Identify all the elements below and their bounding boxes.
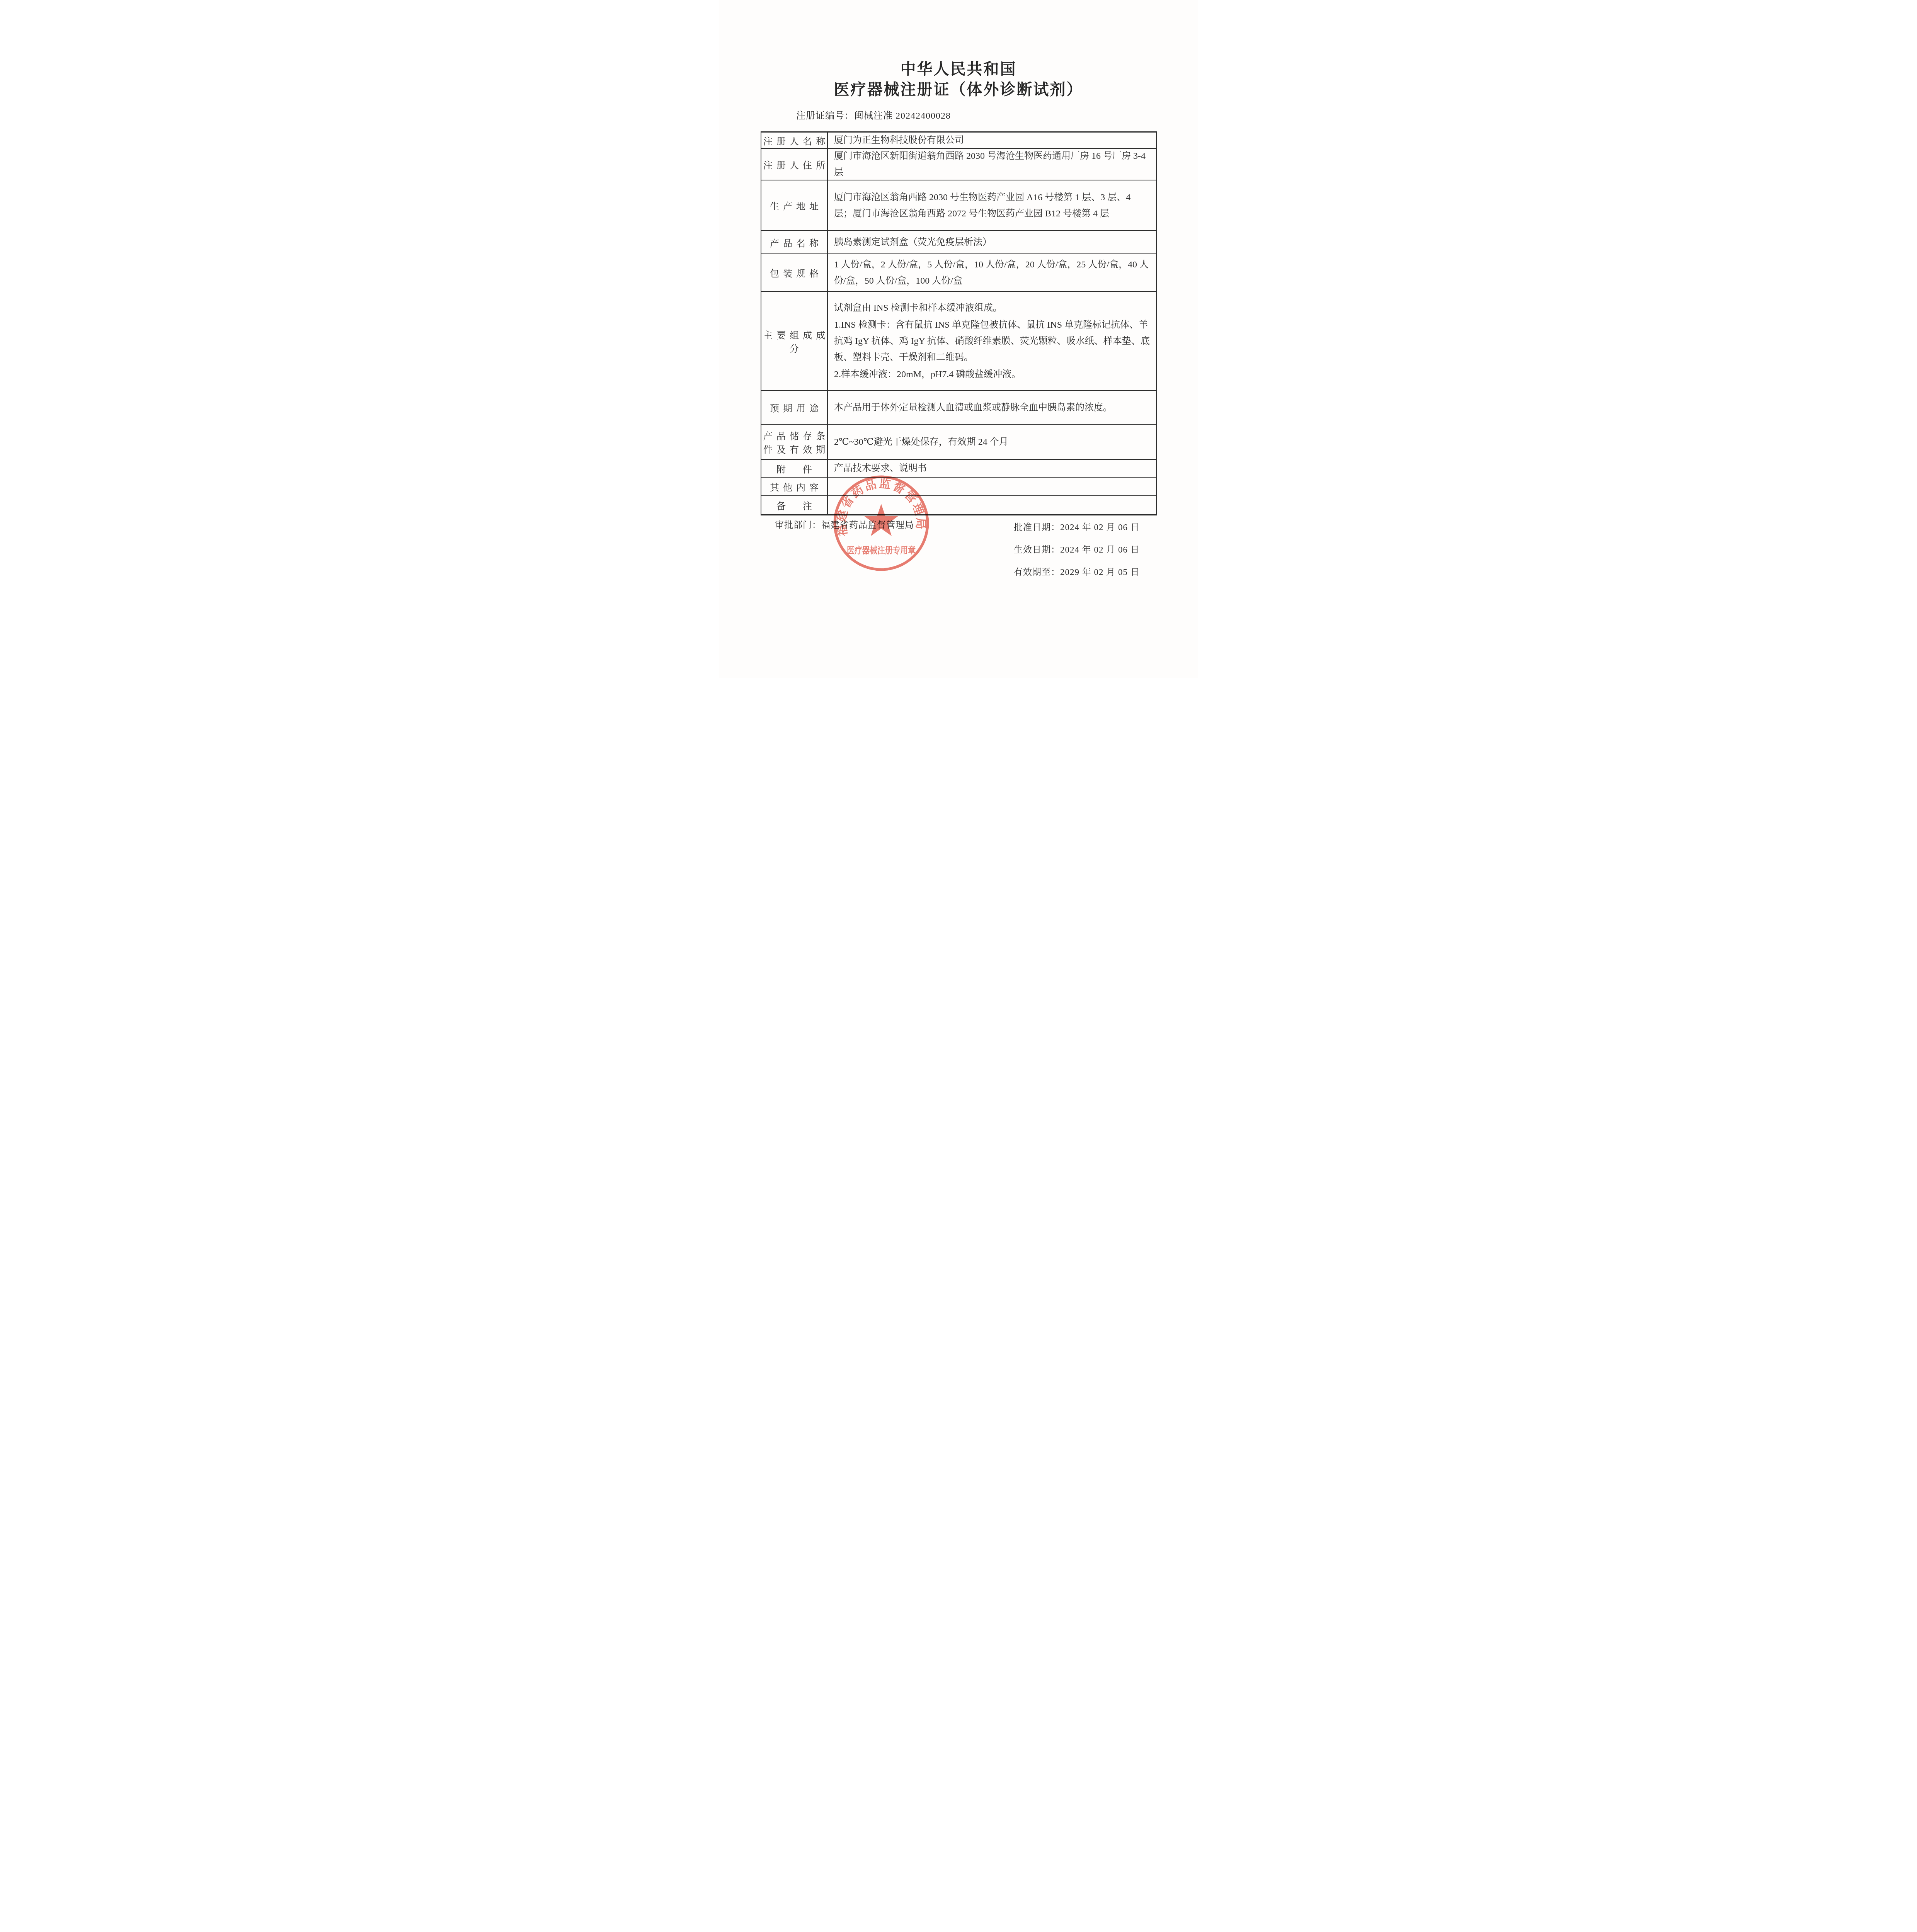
row-value: 厦门为正生物科技股份有限公司 bbox=[828, 133, 1156, 148]
row-value: 1 人份/盒，2 人份/盒，5 人份/盒，10 人份/盒，20 人份/盒，25 … bbox=[828, 254, 1156, 291]
row-label: 产品储存条 件及有效期 bbox=[761, 425, 828, 459]
row-value: 厦门市海沧区新阳街道翁角西路 2030 号海沧生物医药通用厂房 16 号厂房 3… bbox=[828, 149, 1156, 180]
certificate-page: 中华人民共和国 医疗器械注册证（体外诊断试剂） 注册证编号：闽械注准 20242… bbox=[719, 0, 1198, 678]
table-row-other-content: 其他内容 bbox=[761, 478, 1156, 496]
official-seal-stamp-icon: 福建省药品监督管理局 医疗器械注册专用章 bbox=[832, 474, 931, 573]
certificate-table: 注册人名称 厦门为正生物科技股份有限公司 注册人住所 厦门市海沧区新阳街道翁角西… bbox=[761, 131, 1157, 515]
row-label: 备 注 bbox=[761, 496, 828, 514]
registration-number-label: 注册证编号： bbox=[796, 111, 854, 121]
table-row-packaging-spec: 包装规格 1 人份/盒，2 人份/盒，5 人份/盒，10 人份/盒，20 人份/… bbox=[761, 254, 1156, 292]
table-row-remarks: 备 注 bbox=[761, 496, 1156, 514]
row-label: 生产地址 bbox=[761, 180, 828, 230]
table-row-attachments: 附 件 产品技术要求、说明书 bbox=[761, 460, 1156, 478]
seal-bottom-text: 医疗器械注册专用章 bbox=[847, 545, 916, 555]
title-line-2: 医疗器械注册证（体外诊断试剂） bbox=[719, 79, 1198, 100]
row-value: 厦门市海沧区翁角西路 2030 号生物医药产业园 A16 号楼第 1 层、3 层… bbox=[828, 180, 1156, 230]
table-row-product-name: 产品名称 胰岛素测定试剂盒（荧光免疫层析法） bbox=[761, 231, 1156, 254]
row-value: 胰岛素测定试剂盒（荧光免疫层析法） bbox=[828, 231, 1156, 253]
row-value: 2℃~30℃避光干燥处保存，有效期 24 个月 bbox=[828, 425, 1156, 459]
row-value: 本产品用于体外定量检测人血清或血浆或静脉全血中胰岛素的浓度。 bbox=[828, 391, 1156, 424]
row-label: 预期用途 bbox=[761, 391, 828, 424]
row-value: 试剂盒由 INS 检测卡和样本缓冲液组成。 1.INS 检测卡：含有鼠抗 INS… bbox=[828, 292, 1156, 390]
registration-number-value: 闽械注准 20242400028 bbox=[854, 111, 951, 121]
table-row-main-components: 主要组成成 分 试剂盒由 INS 检测卡和样本缓冲液组成。 1.INS 检测卡：… bbox=[761, 292, 1156, 391]
valid-until-date: 有效期至：2029 年 02 月 05 日 bbox=[1014, 561, 1140, 583]
approval-date: 批准日期：2024 年 02 月 06 日 bbox=[1014, 516, 1140, 539]
row-label: 产品名称 bbox=[761, 231, 828, 253]
table-row-registrant-name: 注册人名称 厦门为正生物科技股份有限公司 bbox=[761, 133, 1156, 149]
title-line-1: 中华人民共和国 bbox=[719, 59, 1198, 79]
effective-date: 生效日期：2024 年 02 月 06 日 bbox=[1014, 539, 1140, 561]
registration-number-line: 注册证编号：闽械注准 20242400028 bbox=[796, 110, 1198, 122]
table-row-registrant-address: 注册人住所 厦门市海沧区新阳街道翁角西路 2030 号海沧生物医药通用厂房 16… bbox=[761, 149, 1156, 180]
row-label: 注册人住所 bbox=[761, 149, 828, 180]
row-label: 包装规格 bbox=[761, 254, 828, 291]
row-label: 其他内容 bbox=[761, 478, 828, 495]
page-title: 中华人民共和国 医疗器械注册证（体外诊断试剂） bbox=[719, 0, 1198, 100]
table-row-production-address: 生产地址 厦门市海沧区翁角西路 2030 号生物医药产业园 A16 号楼第 1 … bbox=[761, 180, 1156, 231]
row-label: 主要组成成 分 bbox=[761, 292, 828, 390]
table-row-storage-validity: 产品储存条 件及有效期 2℃~30℃避光干燥处保存，有效期 24 个月 bbox=[761, 425, 1156, 460]
row-label: 注册人名称 bbox=[761, 133, 828, 148]
table-row-intended-use: 预期用途 本产品用于体外定量检测人血清或血浆或静脉全血中胰岛素的浓度。 bbox=[761, 391, 1156, 425]
date-block: 批准日期：2024 年 02 月 06 日 生效日期：2024 年 02 月 0… bbox=[1014, 516, 1140, 583]
seal-star-icon bbox=[864, 504, 898, 536]
row-label: 附 件 bbox=[761, 460, 828, 477]
